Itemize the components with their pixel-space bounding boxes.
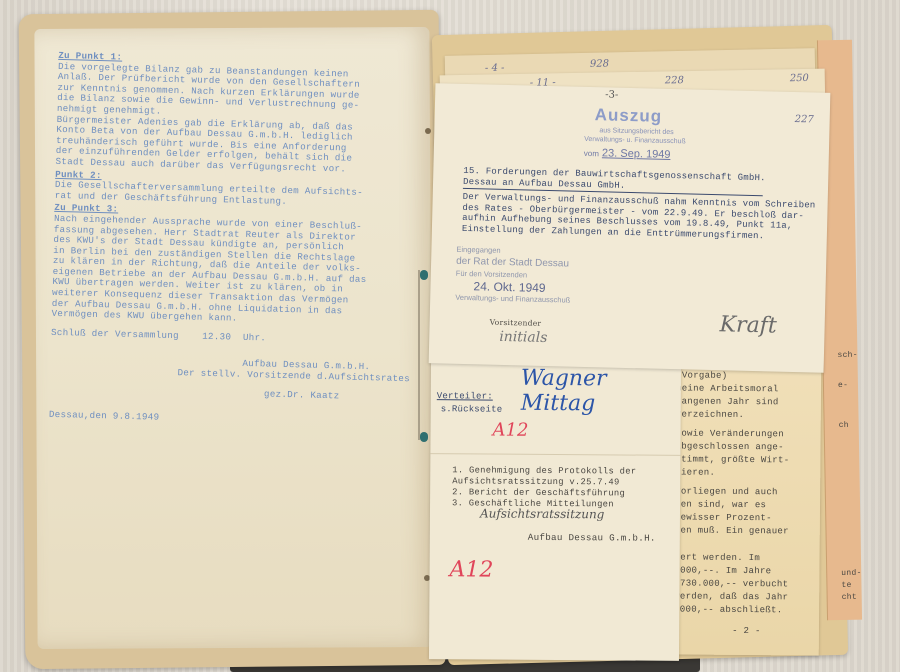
red-archive-mark: A12: [449, 557, 493, 582]
binder-clip: [420, 432, 428, 442]
underlying-typed-page: (Vorgabe) meine Arbeitsmoral gangenen Ja…: [664, 359, 822, 655]
chair-label: Vorsitzender: [490, 317, 542, 329]
closing-unit: Uhr.: [243, 332, 267, 344]
page-marker: - 4 -: [485, 63, 505, 74]
agenda-list: 1. Genehmigung des Protokolls der Aufsic…: [452, 465, 677, 511]
distribution-value: s.Rückseite: [441, 404, 503, 415]
page-footer: - 2 -: [674, 624, 819, 638]
excerpt-body: Der Verwaltungs- und Finanzausschuß nahm…: [462, 192, 823, 243]
folio-number: 228: [665, 75, 684, 86]
binder-clip: [420, 270, 428, 280]
pencil-note: Aufsichtsratssitzung: [480, 506, 605, 521]
left-page: Zu Punkt 1: Die vorgelegte Bilanz gab zu…: [34, 27, 432, 649]
closing-time: 12.30: [202, 331, 231, 343]
edge-text: cht: [842, 592, 858, 603]
stamp-line: aus Sitzungsbericht des: [599, 127, 673, 136]
edge-text: und-: [841, 568, 862, 579]
folio-number: 928: [590, 58, 609, 69]
stamp-line: Verwaltungs- u. Finanzausschuß: [584, 136, 686, 145]
left-page-text: Zu Punkt 1: Die vorgelegte Bilanz gab zu…: [49, 49, 419, 430]
folio-number: 227: [795, 114, 814, 125]
edge-text: ch: [839, 420, 849, 431]
excerpt-card: -3- 227 Auszug aus Sitzungsbericht des V…: [429, 83, 831, 373]
stamp-date-line: vom 23. Sep. 1949: [584, 147, 671, 161]
edge-text: sch-: [837, 350, 858, 361]
folio-number: 250: [790, 73, 809, 84]
red-archive-mark: A12: [492, 420, 528, 441]
pencil-initials: initials: [499, 329, 547, 346]
underlying-text-top: (Vorgabe) meine Arbeitsmoral gangenen Ja…: [674, 369, 821, 638]
page-marker: -3-: [605, 89, 618, 100]
received-stamp: Eingegangen der Rat der Stadt Dessau Für…: [455, 244, 656, 309]
memo-company: Aufbau Dessau G.m.b.H.: [528, 532, 656, 544]
stamp-title: Auszug: [595, 105, 663, 127]
punch-hole: [425, 128, 431, 134]
edge-text: te: [841, 580, 851, 591]
pencil-signature: Kraft: [719, 312, 777, 338]
card-fold-line: [430, 453, 680, 456]
binder-wire: [418, 270, 420, 440]
edge-text: e-: [838, 380, 848, 391]
memo-card: Wagner Mittag Verteiler: s.Rückseite A12…: [429, 361, 681, 661]
blue-ink-signature: Wagner Mittag: [521, 366, 681, 417]
distribution-label: Verteiler:: [437, 391, 493, 402]
agenda-item: 1. Genehmigung des Protokolls der Aufsic…: [452, 465, 677, 489]
